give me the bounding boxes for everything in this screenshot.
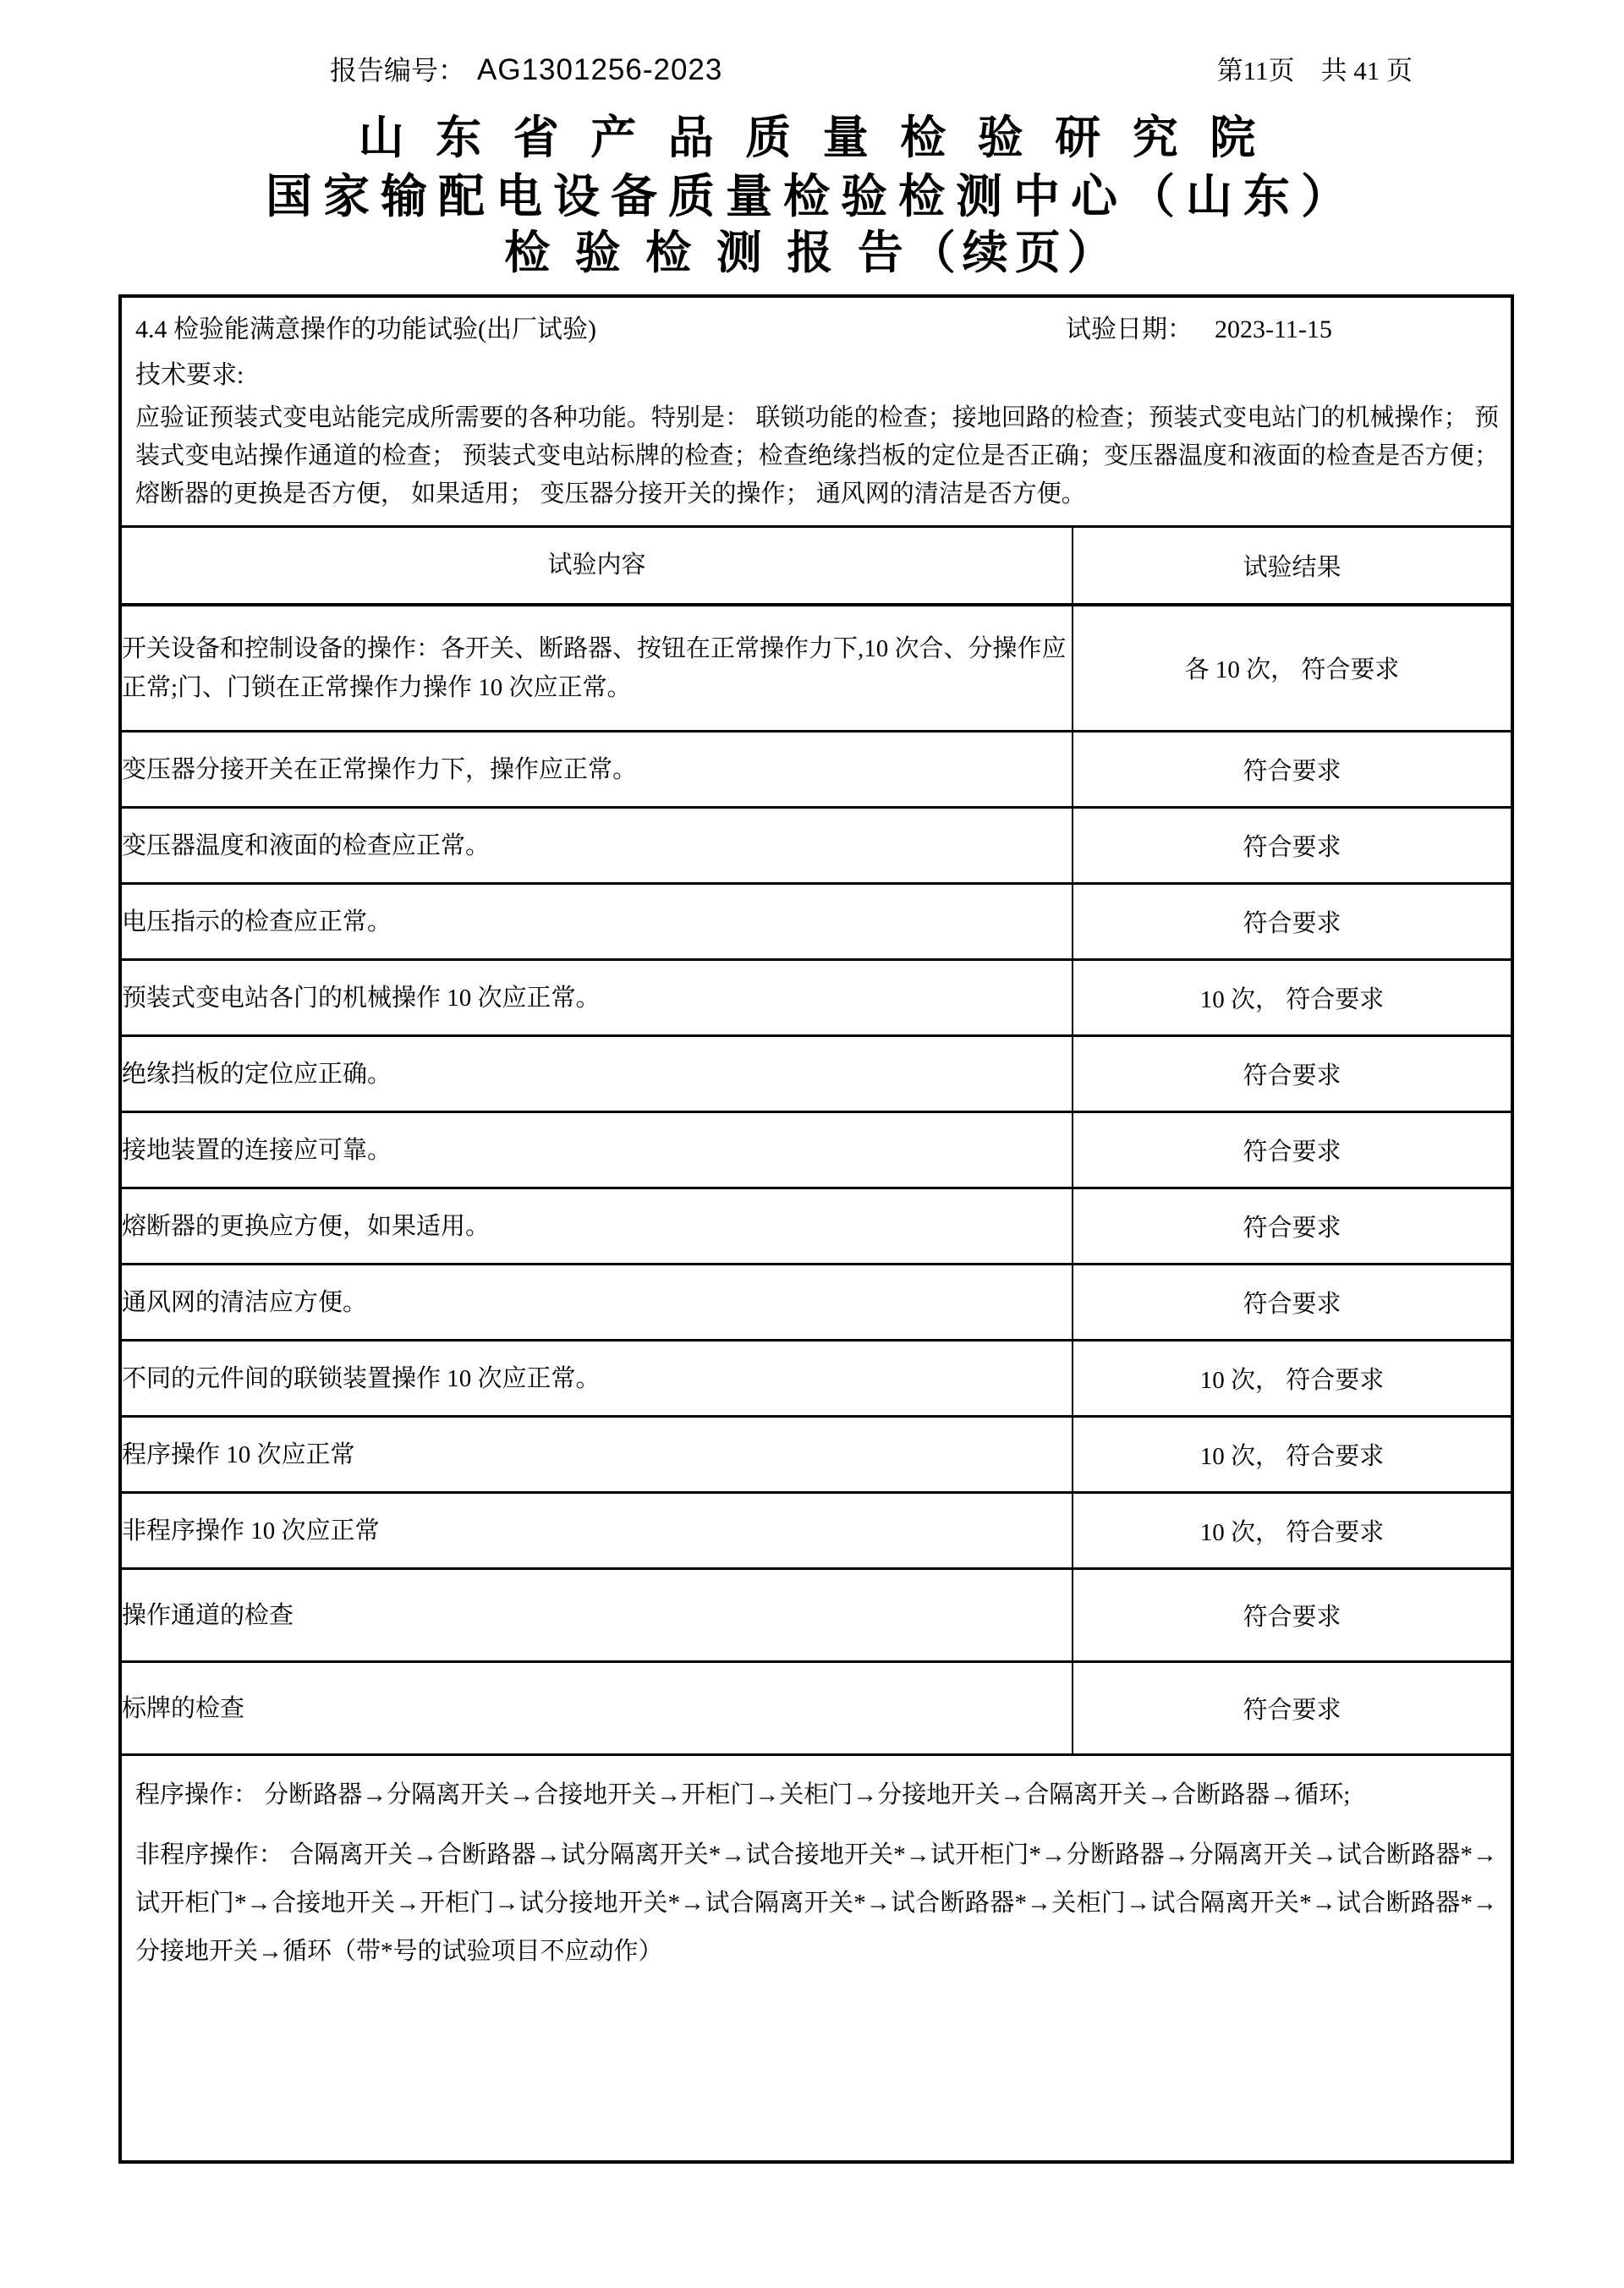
test-result-cell: 符合要求 — [1073, 732, 1511, 808]
test-content-cell: 程序操作 10 次应正常 — [122, 1417, 1073, 1493]
test-result-cell: 各 10 次， 符合要求 — [1073, 605, 1511, 732]
test-content-cell: 标牌的检查 — [122, 1662, 1073, 1755]
test-content-cell: 预装式变电站各门的机械操作 10 次应正常。 — [122, 960, 1073, 1036]
table-row: 预装式变电站各门的机械操作 10 次应正常。 10 次， 符合要求 — [122, 960, 1511, 1036]
report-number-value: AG1301256-2023 — [477, 53, 722, 87]
test-result-cell: 10 次， 符合要求 — [1073, 1417, 1511, 1493]
test-content-cell: 通风网的清洁应方便。 — [122, 1265, 1073, 1341]
test-content-cell: 变压器温度和液面的检查应正常。 — [122, 808, 1073, 884]
column-header-result: 试验结果 — [1073, 527, 1511, 605]
table-row: 非程序操作 10 次应正常 10 次， 符合要求 — [122, 1493, 1511, 1569]
table-row: 变压器温度和液面的检查应正常。 符合要求 — [122, 808, 1511, 884]
test-result-cell: 10 次， 符合要求 — [1073, 1493, 1511, 1569]
table-row: 不同的元件间的联锁装置操作 10 次应正常。 10 次， 符合要求 — [122, 1341, 1511, 1417]
test-result-cell: 符合要求 — [1073, 1662, 1511, 1755]
section-heading: 4.4 检验能满意操作的功能试验(出厂试验) — [135, 308, 1066, 345]
test-content-cell: 接地装置的连接应可靠。 — [122, 1112, 1073, 1188]
test-result-cell: 符合要求 — [1073, 1569, 1511, 1662]
test-result-cell: 符合要求 — [1073, 1112, 1511, 1188]
test-result-cell: 符合要求 — [1073, 1265, 1511, 1341]
test-result-cell: 符合要求 — [1073, 884, 1511, 960]
test-result-cell: 10 次， 符合要求 — [1073, 1341, 1511, 1417]
test-date-value: 2023-11-15 — [1215, 315, 1332, 344]
test-results-table: 试验内容 试验结果 开关设备和控制设备的操作：各开关、断路器、按钮在正常操作力下… — [122, 525, 1511, 1756]
test-result-cell: 符合要求 — [1073, 1188, 1511, 1265]
report-number: 报告编号： AG1301256-2023 — [330, 49, 722, 88]
doc-header: 报告编号： AG1301256-2023 第11页 共 41 页 — [330, 49, 1413, 88]
column-header-content: 试验内容 — [122, 527, 1073, 605]
test-content-cell: 绝缘挡板的定位应正确。 — [122, 1036, 1073, 1112]
report-title-line3: 检 验 检 测 报 告（续页） — [0, 217, 1624, 282]
table-row: 标牌的检查 符合要求 — [122, 1662, 1511, 1755]
test-result-cell: 10 次， 符合要求 — [1073, 960, 1511, 1036]
test-date: 试验日期： 2023-11-15 — [1066, 308, 1332, 345]
section-header-row: 4.4 检验能满意操作的功能试验(出厂试验) 试验日期： 2023-11-15 — [122, 298, 1511, 345]
table-row: 电压指示的检查应正常。 符合要求 — [122, 884, 1511, 960]
report-body-box: 4.4 检验能满意操作的功能试验(出厂试验) 试验日期： 2023-11-15 … — [118, 294, 1514, 2164]
test-content-cell: 熔断器的更换应方便，如果适用。 — [122, 1188, 1073, 1265]
table-row: 通风网的清洁应方便。 符合要求 — [122, 1265, 1511, 1341]
org-title-line1: 山 东 省 产 品 质 量 检 验 研 究 院 — [0, 102, 1624, 167]
table-row: 操作通道的检查 符合要求 — [122, 1569, 1511, 1662]
table-row: 接地装置的连接应可靠。 符合要求 — [122, 1112, 1511, 1188]
test-content-cell: 操作通道的检查 — [122, 1569, 1073, 1662]
report-page: 报告编号： AG1301256-2023 第11页 共 41 页 山 东 省 产… — [0, 0, 1624, 2288]
test-date-label: 试验日期： — [1066, 308, 1193, 345]
test-content-cell: 变压器分接开关在正常操作力下，操作应正常。 — [122, 732, 1073, 808]
tech-requirements-label: 技术要求: — [122, 345, 1511, 391]
non-procedure-operation-note: 非程序操作： 合隔离开关→合断路器→试分隔离开关*→试合接地开关*→试开柜门*→… — [135, 1831, 1497, 1976]
test-result-cell: 符合要求 — [1073, 808, 1511, 884]
procedure-operation-note: 程序操作： 分断路器→分隔离开关→合接地开关→开柜门→关柜门→分接地开关→合隔离… — [135, 1771, 1497, 1819]
operation-notes: 程序操作： 分断路器→分隔离开关→合接地开关→开柜门→关柜门→分接地开关→合隔离… — [122, 1756, 1511, 1976]
page-number-info: 第11页 共 41 页 — [1217, 49, 1413, 87]
test-content-cell: 开关设备和控制设备的操作：各开关、断路器、按钮在正常操作力下,10 次合、分操作… — [122, 605, 1073, 732]
test-result-cell: 符合要求 — [1073, 1036, 1511, 1112]
test-content-cell: 电压指示的检查应正常。 — [122, 884, 1073, 960]
report-number-label: 报告编号： — [330, 49, 465, 88]
table-row: 绝缘挡板的定位应正确。 符合要求 — [122, 1036, 1511, 1112]
table-header-row: 试验内容 试验结果 — [122, 527, 1511, 605]
test-content-cell: 不同的元件间的联锁装置操作 10 次应正常。 — [122, 1341, 1073, 1417]
table-row: 变压器分接开关在正常操作力下，操作应正常。 符合要求 — [122, 732, 1511, 808]
table-row: 程序操作 10 次应正常 10 次， 符合要求 — [122, 1417, 1511, 1493]
tech-requirements-text: 应验证预装式变电站能完成所需要的各种功能。特别是： 联锁功能的检查；接地回路的检… — [122, 396, 1511, 513]
table-row: 熔断器的更换应方便，如果适用。 符合要求 — [122, 1188, 1511, 1265]
test-content-cell: 非程序操作 10 次应正常 — [122, 1493, 1073, 1569]
table-row: 开关设备和控制设备的操作：各开关、断路器、按钮在正常操作力下,10 次合、分操作… — [122, 605, 1511, 732]
